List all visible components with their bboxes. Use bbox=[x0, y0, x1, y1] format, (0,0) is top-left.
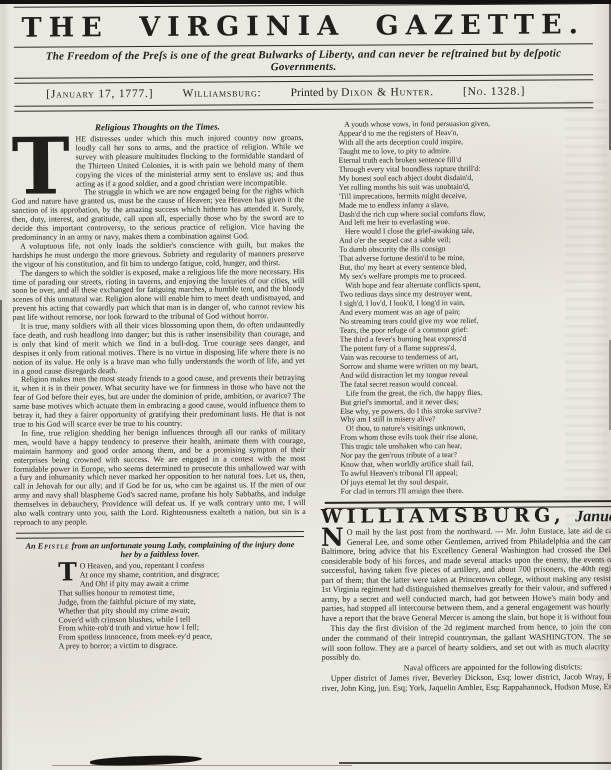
masthead-motto: The Freedom of the Preſs is one of the g… bbox=[12, 47, 595, 75]
printer-names: Dixon & Hunter. bbox=[341, 86, 434, 99]
essay-drop-cap: T bbox=[11, 135, 75, 197]
essay-paragraph: Religion makes men the most steady frien… bbox=[13, 374, 305, 429]
epistle-poem: T O Heaven, and you, repentant I confess… bbox=[58, 561, 307, 652]
masthead: THE VIRGINIA GAZETTE. The Freedom of the… bbox=[0, 0, 609, 112]
printed-by-label: Printed by bbox=[291, 87, 339, 99]
scan-edge-bottom-right bbox=[339, 762, 611, 764]
dateline: [January 17, 1777.] Williamsburg: Printe… bbox=[12, 82, 595, 104]
masthead-rule bbox=[14, 3, 593, 8]
essay-paragraph: In fine, true religion shedding her beni… bbox=[13, 428, 306, 528]
news-drop-cap: N bbox=[321, 528, 347, 547]
section-divider bbox=[16, 531, 304, 539]
epistle-heading-title: Epistle bbox=[38, 541, 70, 550]
essay-paragraph: The dangers to which the soldier is expo… bbox=[12, 268, 304, 323]
newspaper-page: THE VIRGINIA GAZETTE. The Freedom of the… bbox=[0, 0, 611, 770]
essay-paragraph: A voluptuous life, not only loads the so… bbox=[12, 241, 304, 270]
city-name: Williamsburg: bbox=[182, 87, 261, 99]
essay-body: The struggle in which we are now engaged… bbox=[12, 187, 306, 527]
page-columns: Religious Thoughts on the Times. THE dis… bbox=[0, 110, 611, 695]
essay-paragraph: It is true, many soldiers with all their… bbox=[13, 321, 305, 376]
essay-lead-paragraph: THE distresses under which this much inj… bbox=[11, 134, 303, 189]
printer-credit: Printed by Dixon & Hunter. bbox=[291, 86, 434, 99]
essay-lead-text: HE distresses under which this much inju… bbox=[76, 133, 304, 188]
naval-officers-line: Naval officers are appointed for the fol… bbox=[322, 662, 611, 674]
left-column: Religious Thoughts on the Times. THE dis… bbox=[11, 121, 306, 695]
epistle-heading-an: An bbox=[25, 542, 37, 551]
poem-line: A prey to horror; a victim to disgrace. bbox=[59, 641, 307, 651]
paper-title: THE VIRGINIA GAZETTE. bbox=[12, 9, 595, 44]
issue-number: [No. 1328.] bbox=[463, 86, 525, 98]
naval-districts-paragraph: Upper district of James river, Beverley … bbox=[322, 672, 611, 693]
epistle-heading-rest: from an unfortunate young Lady, complain… bbox=[70, 540, 295, 560]
poem-drop-cap: T bbox=[58, 562, 80, 581]
issue-date: [January 17, 1777.] bbox=[46, 88, 153, 101]
ink-bleed-through bbox=[565, 100, 607, 660]
news-heading-city: WILLIAMSBURG, bbox=[321, 511, 565, 521]
poem-lines: At once my shame, contrition, and disgra… bbox=[58, 570, 306, 652]
scan-edge-bottom-left bbox=[52, 765, 352, 766]
scan-edge-left bbox=[0, 300, 2, 770]
